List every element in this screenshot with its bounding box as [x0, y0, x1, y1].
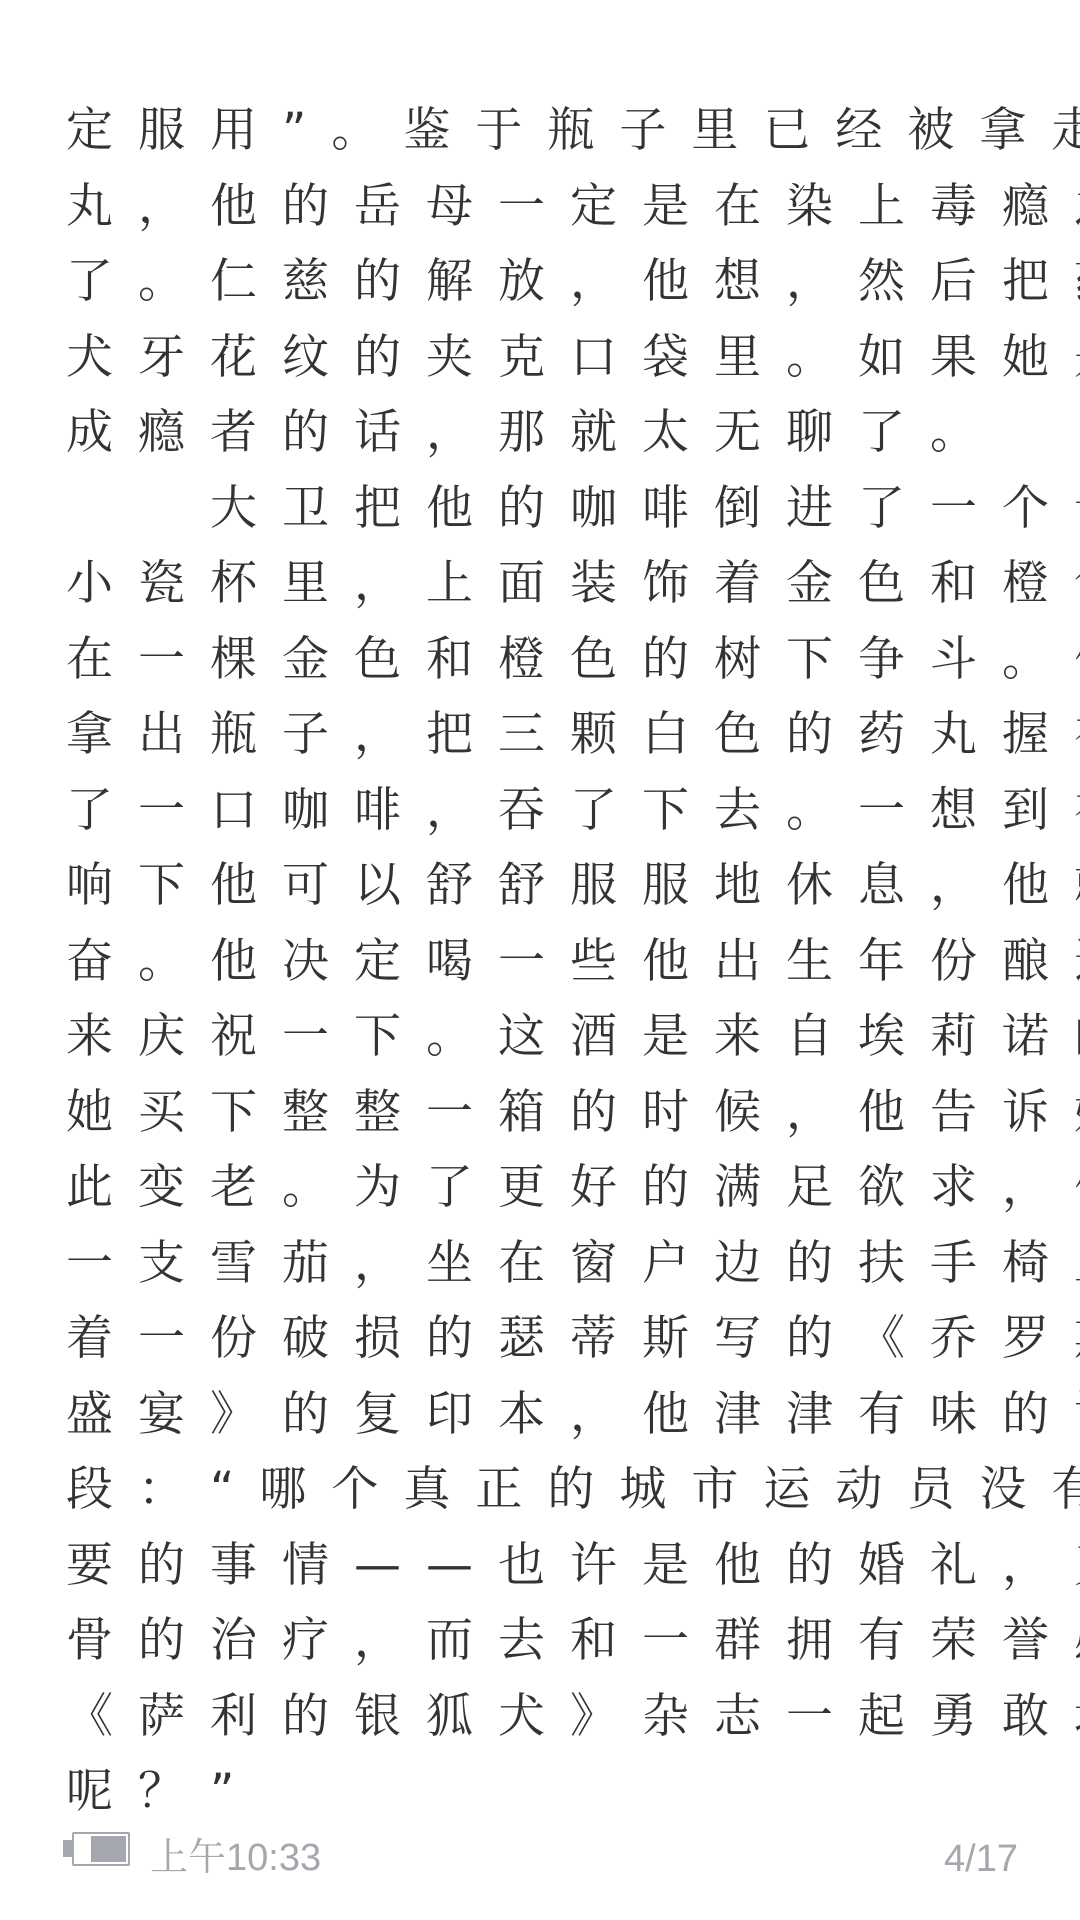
text-line: 要的事情——也许是他的婚礼，又或者是他肋: [66, 1528, 1038, 1604]
text-line: 骨的治疗，而去和一群拥有荣誉感的人和: [66, 1603, 1038, 1679]
text-line: 了。仁慈的解放，他想，然后把药瓶扔进他: [66, 244, 1038, 320]
text-line: 奋。他决定喝一些他出生年份酿造的白兰地: [66, 924, 1038, 1000]
text-line: 拿出瓶子，把三颗白色的药丸握在手里，喝: [66, 697, 1038, 773]
text-line: 一支雪茄，坐在窗户边的扶手椅上，手上拿: [66, 1226, 1038, 1302]
text-line: 段：“哪个真正的城市运动员没有推迟过最重: [66, 1452, 1038, 1528]
text-line: 定服用”。鉴于瓶子里已经被拿走了几十颗药: [66, 93, 1038, 169]
battery-body: [72, 1832, 130, 1866]
reader-footer: 上午10:33 4/17: [0, 1820, 1080, 1880]
battery-fill: [91, 1836, 126, 1862]
text-line: 了一口咖啡，吞了下去。一想到在鸦片的影: [66, 773, 1038, 849]
text-line: 大卫把他的咖啡倒进了一个十八世纪的: [66, 471, 1038, 547]
text-line: 呢？”: [66, 1754, 1038, 1830]
battery-terminal: [63, 1840, 72, 1857]
paragraph-2: 大卫把他的咖啡倒进了一个十八世纪的 小瓷杯里，上面装饰着金色和橙色的小公鸡 在一…: [66, 471, 1016, 1830]
page-indicator: 4/17: [944, 1838, 1018, 1881]
text-line: 成瘾者的话，那就太无聊了。: [66, 395, 1038, 471]
text-line: 着一份破损的瑟蒂斯写的《乔罗斯的旅行与: [66, 1301, 1038, 1377]
text-line: 在一棵金色和橙色的树下争斗。他从口袋里: [66, 622, 1038, 698]
clock-time: 上午10:33: [150, 1826, 321, 1881]
text-line: 来庆祝一下。这酒是来自埃莉诺的礼物，当: [66, 999, 1038, 1075]
text-line: 响下他可以舒舒服服地休息，他就感到兴: [66, 848, 1038, 924]
battery-icon: [63, 1832, 130, 1866]
text-line: 她买下整整一箱的时候，他告诉她他甘愿为: [66, 1075, 1038, 1151]
text-line: 丸，他的岳母一定是在染上毒瘾之前就过世: [66, 169, 1038, 245]
text-line: 《萨利的银狐犬》杂志一起勇敢地面对清晨: [66, 1679, 1038, 1755]
paragraph-1: 定服用”。鉴于瓶子里已经被拿走了几十颗药 丸，他的岳母一定是在染上毒瘾之前就过世…: [66, 93, 1016, 471]
text-line: 小瓷杯里，上面装饰着金色和橙色的小公鸡: [66, 546, 1038, 622]
text-line: 犬牙花纹的夹克口袋里。如果她是一个鸦片: [66, 320, 1038, 396]
text-line: 盛宴》的复印本，他津津有味的读起了第一: [66, 1377, 1038, 1453]
reader-content[interactable]: 定服用”。鉴于瓶子里已经被拿走了几十颗药 丸，他的岳母一定是在染上毒瘾之前就过世…: [66, 93, 1016, 1830]
text-line: 此变老。为了更好的满足欲求，他又点燃了: [66, 1150, 1038, 1226]
